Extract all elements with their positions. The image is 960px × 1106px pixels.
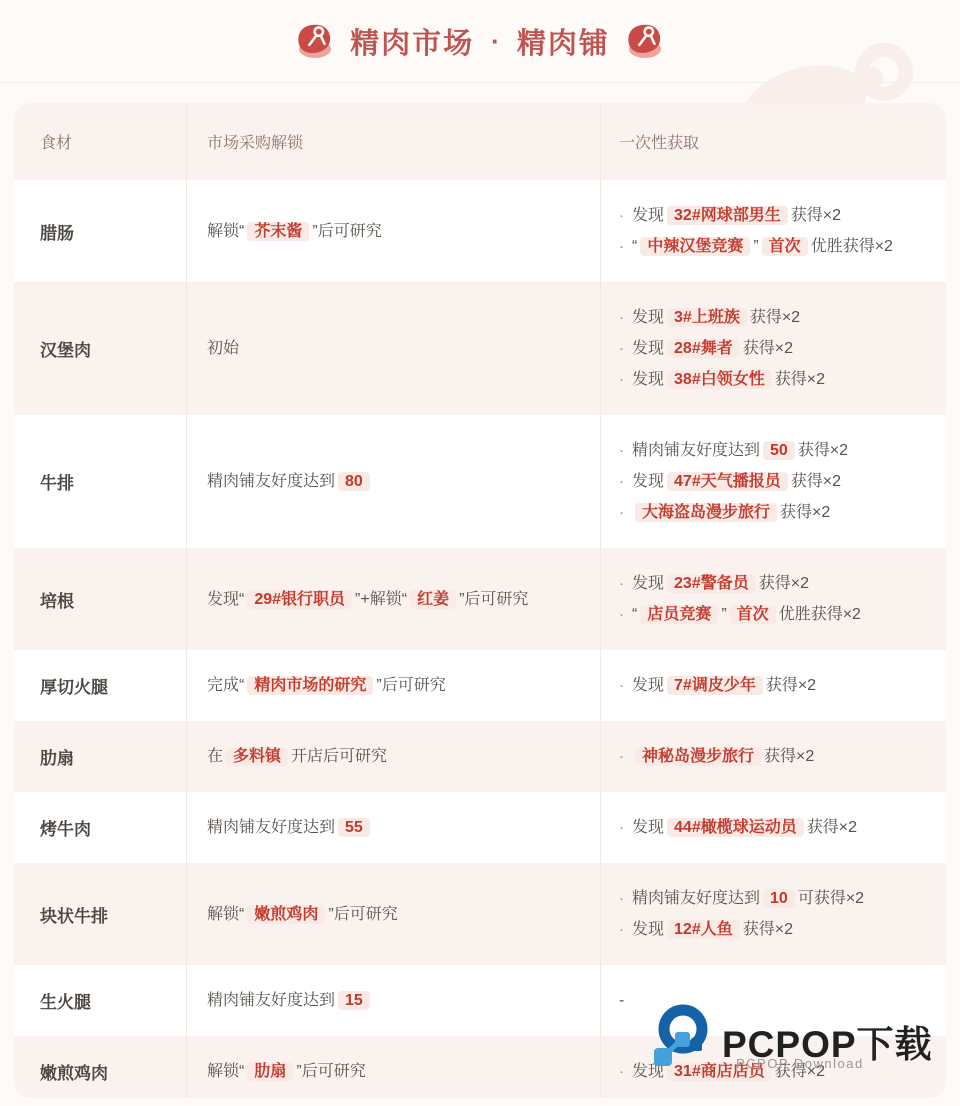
title-separator: · [491, 26, 500, 57]
plain-text: 获得×2 [743, 921, 793, 938]
steak-icon [625, 22, 665, 60]
steak-icon [295, 22, 335, 60]
ingredient-cell: 汉堡肉 [14, 282, 186, 415]
header-cell: 市场采购解锁 [186, 103, 600, 180]
plain-text: 精肉铺友好度达到 [632, 890, 760, 907]
highlight-token: 红姜 [410, 590, 456, 609]
ingredient-cell: 牛排 [14, 415, 186, 548]
ingredient-name: 嫩煎鸡肉 [40, 1059, 108, 1084]
plain-text: ” [721, 606, 726, 623]
highlight-token: 55 [338, 818, 370, 837]
plain-text: 精肉铺友好度达到 [207, 992, 335, 1009]
unlock-cell: 精肉铺友好度达到55 [186, 792, 600, 863]
title-divider [0, 82, 960, 83]
unlock-cell: 解锁“嫩煎鸡肉”后可研究 [186, 863, 600, 965]
plain-text: 发现 [632, 309, 664, 326]
highlight-token: 首次 [762, 237, 808, 256]
bullet-icon: · [619, 442, 624, 459]
rewards-cell: ·神秘岛漫步旅行获得×2 [600, 721, 946, 792]
ingredient-name: 培根 [40, 587, 74, 612]
highlight-token: 23#警备员 [667, 574, 756, 593]
plain-text: 发现 [632, 575, 664, 592]
plain-text: 发现 [632, 340, 664, 357]
highlight-token: 7#调皮少年 [667, 676, 763, 695]
plain-text: 获得×2 [743, 340, 793, 357]
plain-text: 完成“ [207, 677, 244, 694]
ingredient-name: 块状牛排 [40, 902, 108, 927]
bullet-icon: · [619, 575, 624, 592]
unlock-text: 精肉铺友好度达到55 [207, 812, 373, 843]
plain-text: “ [632, 606, 637, 623]
plain-text: 发现 [632, 819, 664, 836]
bullet-icon: · [619, 340, 624, 357]
plain-text: ” [753, 238, 758, 255]
bullet-icon: · [619, 207, 624, 224]
reward-line: ·精肉铺友好度达到10可获得×2 [619, 883, 864, 914]
plain-text: ”后可研究 [296, 1063, 365, 1080]
plain-text: 获得×2 [750, 309, 800, 326]
highlight-token: 15 [338, 991, 370, 1010]
table-row: 牛排精肉铺友好度达到80·精肉铺友好度达到50获得×2·发现47#天气播报员获得… [14, 415, 946, 548]
plain-text: 优胜获得×2 [811, 238, 893, 255]
ingredient-name: 烤牛肉 [40, 815, 91, 840]
rewards-cell: ·发现23#警备员获得×2·“店员竞赛”首次优胜获得×2 [600, 548, 946, 650]
plain-text: ”后可研究 [376, 677, 445, 694]
highlight-token: 店员竞赛 [640, 605, 718, 624]
pcpop-logo-icon [648, 1004, 712, 1070]
table-row: 腊肠解锁“芥末酱”后可研究·发现32#网球部男生获得×2·“中辣汉堡竞赛”首次优… [14, 180, 946, 282]
plain-text: 发现 [632, 921, 664, 938]
bullet-icon: · [619, 238, 624, 255]
unlock-cell: 完成“精肉市场的研究”后可研究 [186, 650, 600, 721]
rewards-cell: ·发现3#上班族获得×2·发现28#舞者获得×2·发现38#白领女性获得×2 [600, 282, 946, 415]
pcpop-subtitle-text: PCPOP Download [736, 1056, 864, 1071]
unlock-text: 精肉铺友好度达到15 [207, 985, 373, 1016]
ingredient-cell: 培根 [14, 548, 186, 650]
plain-text: ”+解锁“ [355, 591, 407, 608]
reward-line: ·大海盗岛漫步旅行获得×2 [619, 497, 830, 528]
rewards-cell: ·发现32#网球部男生获得×2·“中辣汉堡竞赛”首次优胜获得×2 [600, 180, 946, 282]
ingredient-name: 腊肠 [40, 219, 74, 244]
plain-text: 获得×2 [759, 575, 809, 592]
highlight-token: 32#网球部男生 [667, 206, 788, 225]
plain-text: “ [632, 238, 637, 255]
reward-line: ·精肉铺友好度达到50获得×2 [619, 435, 848, 466]
pcpop-watermark: PCPOP下载 PCPOP Download [648, 1000, 948, 1080]
bullet-icon: · [619, 1063, 624, 1080]
bullet-icon: · [619, 921, 624, 938]
ingredient-name: 肋扇 [40, 744, 74, 769]
bullet-icon: · [619, 819, 624, 836]
highlight-token: 50 [763, 441, 795, 460]
unlock-text: 解锁“嫩煎鸡肉”后可研究 [207, 899, 398, 930]
table-row: 培根发现“29#银行职员”+解锁“红姜”后可研究·发现23#警备员获得×2·“店… [14, 548, 946, 650]
unlock-cell: 发现“29#银行职员”+解锁“红姜”后可研究 [186, 548, 600, 650]
header-label: 一次性获取 [619, 130, 699, 153]
highlight-token: 神秘岛漫步旅行 [635, 747, 761, 766]
plain-text: 精肉铺友好度达到 [207, 473, 335, 490]
ingredient-cell: 块状牛排 [14, 863, 186, 965]
plain-text: 发现 [632, 371, 664, 388]
header-cell: 一次性获取 [600, 103, 946, 180]
reward-line: ·发现3#上班族获得×2 [619, 302, 800, 333]
reward-line: - [619, 985, 624, 1016]
table-row: 汉堡肉初始·发现3#上班族获得×2·发现28#舞者获得×2·发现38#白领女性获… [14, 282, 946, 415]
bullet-icon: · [619, 606, 624, 623]
highlight-token: 芥末酱 [247, 222, 309, 241]
ingredient-name: 厚切火腿 [40, 673, 108, 698]
rewards-cell: ·精肉铺友好度达到10可获得×2·发现12#人鱼获得×2 [600, 863, 946, 965]
highlight-token: 80 [338, 472, 370, 491]
unlock-cell: 精肉铺友好度达到15 [186, 965, 600, 1036]
plain-text: 优胜获得×2 [779, 606, 861, 623]
plain-text: 精肉铺友好度达到 [207, 819, 335, 836]
ingredient-cell: 腊肠 [14, 180, 186, 282]
plain-text: 初始 [207, 340, 239, 357]
highlight-token: 首次 [730, 605, 776, 624]
plain-text: 获得×2 [775, 371, 825, 388]
plain-text: 获得×2 [791, 207, 841, 224]
highlight-token: 10 [763, 889, 795, 908]
plain-text: 获得×2 [798, 442, 848, 459]
plain-text: 获得×2 [807, 819, 857, 836]
header-label: 食材 [40, 130, 72, 153]
unlock-cell: 初始 [186, 282, 600, 415]
bullet-icon: · [619, 504, 624, 521]
bullet-icon: · [619, 890, 624, 907]
bullet-icon: · [619, 371, 624, 388]
table-row: 烤牛肉精肉铺友好度达到55·发现44#橄榄球运动员获得×2 [14, 792, 946, 863]
plain-text: - [619, 992, 624, 1009]
rewards-cell: ·发现44#橄榄球运动员获得×2 [600, 792, 946, 863]
ingredient-name: 汉堡肉 [40, 336, 91, 361]
highlight-token: 12#人鱼 [667, 920, 740, 939]
highlight-token: 29#银行职员 [247, 590, 352, 609]
plain-text: 开店后可研究 [291, 748, 387, 765]
unlock-text: 解锁“芥末酱”后可研究 [207, 216, 382, 247]
ingredient-cell: 厚切火腿 [14, 650, 186, 721]
highlight-token: 3#上班族 [667, 308, 747, 327]
highlight-token: 47#天气播报员 [667, 472, 788, 491]
plain-text: 解锁“ [207, 223, 244, 240]
table-row: 厚切火腿完成“精肉市场的研究”后可研究·发现7#调皮少年获得×2 [14, 650, 946, 721]
plain-text: 发现 [632, 207, 664, 224]
plain-text: 解锁“ [207, 906, 244, 923]
rewards-cell: ·精肉铺友好度达到50获得×2·发现47#天气播报员获得×2·大海盗岛漫步旅行获… [600, 415, 946, 548]
unlock-text: 解锁“肋扇”后可研究 [207, 1056, 366, 1087]
plain-text: 获得×2 [764, 748, 814, 765]
ingredient-cell: 嫩煎鸡肉 [14, 1036, 186, 1098]
plain-text: ”后可研究 [328, 906, 397, 923]
highlight-token: 44#橄榄球运动员 [667, 818, 804, 837]
highlight-token: 精肉市场的研究 [247, 676, 373, 695]
unlock-text: 初始 [207, 333, 239, 364]
bullet-icon: · [619, 309, 624, 326]
plain-text: 精肉铺友好度达到 [632, 442, 760, 459]
table-header-row: 食材市场采购解锁一次性获取 [14, 103, 946, 180]
reward-line: ·发现32#网球部男生获得×2 [619, 200, 841, 231]
unlock-text: 完成“精肉市场的研究”后可研究 [207, 670, 446, 701]
plain-text: ”后可研究 [312, 223, 381, 240]
bullet-icon: · [619, 677, 624, 694]
reward-line: ·“店员竞赛”首次优胜获得×2 [619, 599, 861, 630]
ingredient-cell: 肋扇 [14, 721, 186, 792]
header-label: 市场采购解锁 [207, 130, 303, 153]
title-right: 精肉铺 [517, 21, 610, 62]
highlight-token: 多料镇 [226, 747, 288, 766]
reward-line: ·发现23#警备员获得×2 [619, 568, 809, 599]
plain-text: 获得×2 [766, 677, 816, 694]
page-title: 精肉市场 · 精肉铺 [0, 0, 960, 82]
ingredient-cell: 生火腿 [14, 965, 186, 1036]
reward-line: ·“中辣汉堡竞赛”首次优胜获得×2 [619, 231, 893, 262]
unlock-cell: 解锁“肋扇”后可研究 [186, 1036, 600, 1098]
highlight-token: 28#舞者 [667, 339, 740, 358]
highlight-token: 中辣汉堡竞赛 [640, 237, 750, 256]
unlock-text: 精肉铺友好度达到80 [207, 466, 373, 497]
plain-text: 发现 [632, 473, 664, 490]
table-row: 块状牛排解锁“嫩煎鸡肉”后可研究·精肉铺友好度达到10可获得×2·发现12#人鱼… [14, 863, 946, 965]
plain-text: 可获得×2 [798, 890, 864, 907]
plain-text: 解锁“ [207, 1063, 244, 1080]
unlock-text: 发现“29#银行职员”+解锁“红姜”后可研究 [207, 584, 528, 615]
highlight-token: 大海盗岛漫步旅行 [635, 503, 777, 522]
ingredient-name: 生火腿 [40, 988, 91, 1013]
ingredient-cell: 烤牛肉 [14, 792, 186, 863]
reward-line: ·发现12#人鱼获得×2 [619, 914, 793, 945]
plain-text: 发现 [632, 677, 664, 694]
plain-text: ”后可研究 [459, 591, 528, 608]
highlight-token: 嫩煎鸡肉 [247, 905, 325, 924]
unlock-text: 在多料镇开店后可研究 [207, 741, 387, 772]
guide-table: 食材市场采购解锁一次性获取腊肠解锁“芥末酱”后可研究·发现32#网球部男生获得×… [14, 103, 946, 1098]
reward-line: ·神秘岛漫步旅行获得×2 [619, 741, 814, 772]
plain-text: 发现“ [207, 591, 244, 608]
title-left: 精肉市场 [350, 21, 474, 62]
ingredient-name: 牛排 [40, 469, 74, 494]
reward-line: ·发现44#橄榄球运动员获得×2 [619, 812, 857, 843]
reward-line: ·发现28#舞者获得×2 [619, 333, 793, 364]
reward-line: ·发现7#调皮少年获得×2 [619, 670, 816, 701]
header-cell: 食材 [14, 103, 186, 180]
table-row: 肋扇在多料镇开店后可研究·神秘岛漫步旅行获得×2 [14, 721, 946, 792]
bullet-icon: · [619, 473, 624, 490]
highlight-token: 38#白领女性 [667, 370, 772, 389]
unlock-cell: 在多料镇开店后可研究 [186, 721, 600, 792]
reward-line: ·发现38#白领女性获得×2 [619, 364, 825, 395]
highlight-token: 肋扇 [247, 1062, 293, 1081]
reward-line: ·发现47#天气播报员获得×2 [619, 466, 841, 497]
unlock-cell: 解锁“芥末酱”后可研究 [186, 180, 600, 282]
plain-text: 在 [207, 748, 223, 765]
plain-text: 获得×2 [780, 504, 830, 521]
unlock-cell: 精肉铺友好度达到80 [186, 415, 600, 548]
bullet-icon: · [619, 748, 624, 765]
plain-text: 获得×2 [791, 473, 841, 490]
rewards-cell: ·发现7#调皮少年获得×2 [600, 650, 946, 721]
